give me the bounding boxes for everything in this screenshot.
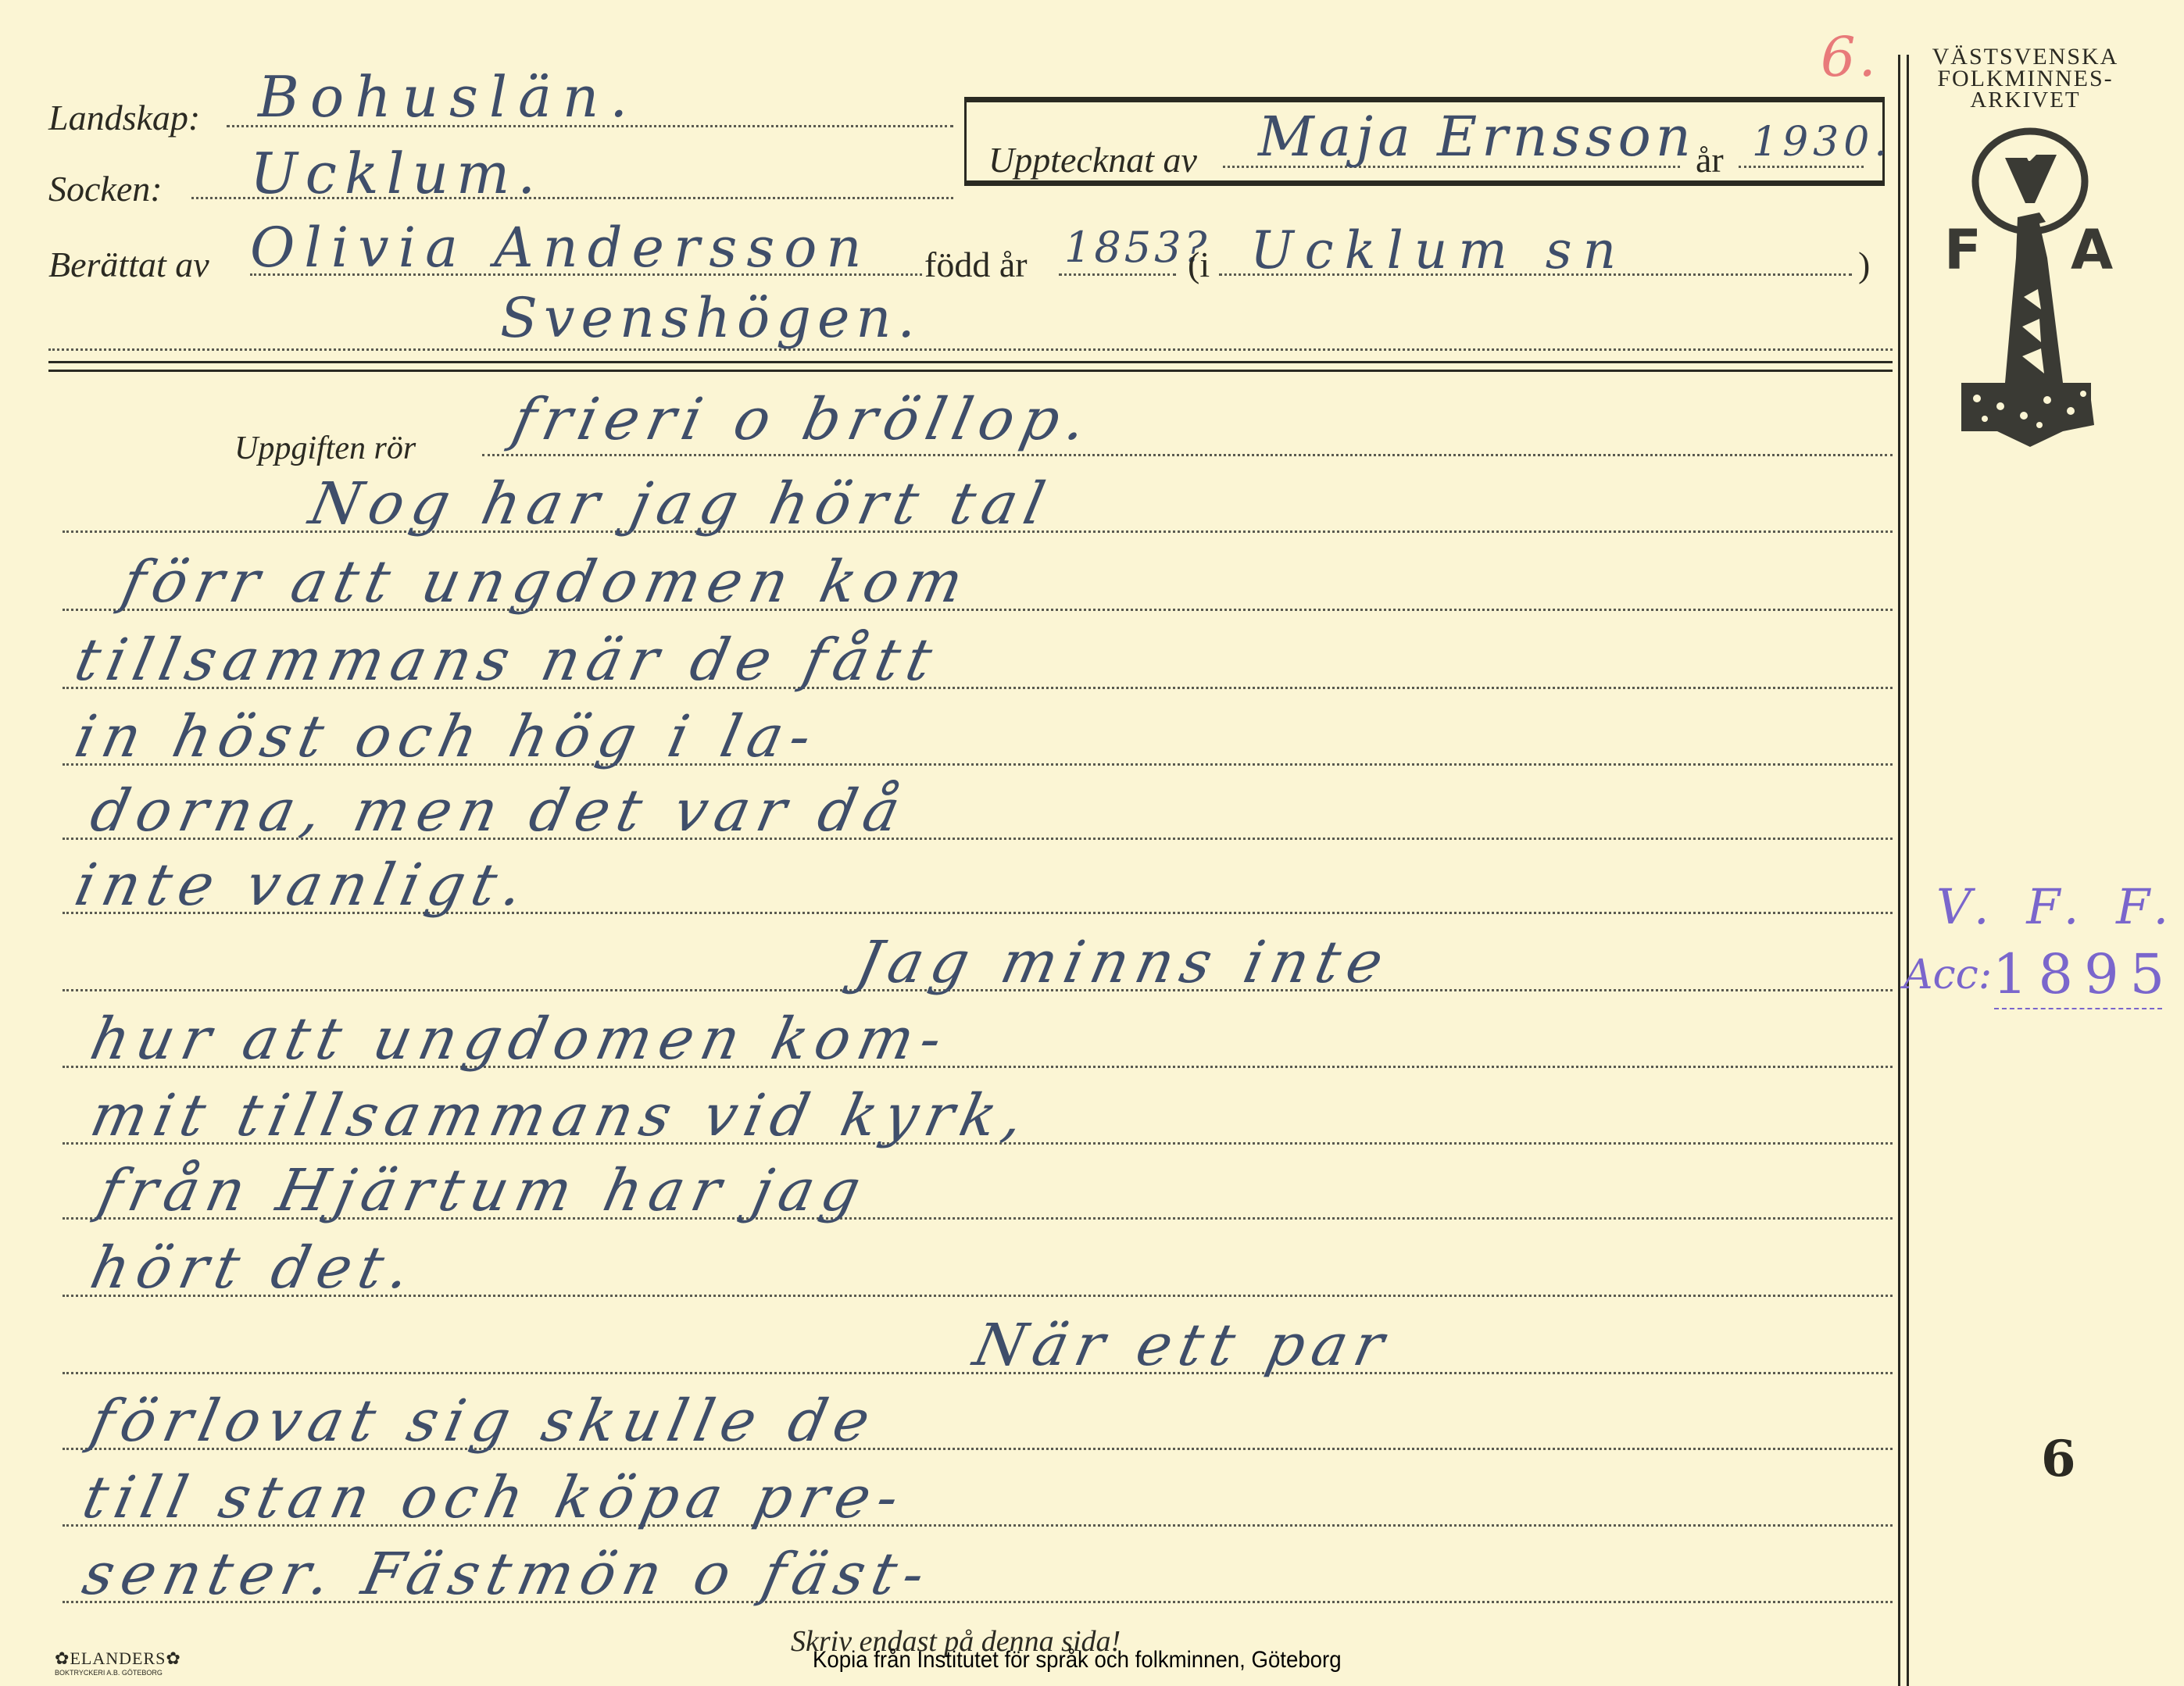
thors-hammer-icon — [1930, 125, 2133, 469]
upptecknat-label: Upptecknat av — [988, 142, 1197, 178]
body-line-15: senter. Fästmön o fäst- — [78, 1545, 937, 1603]
berattat-value: Olivia Andersson — [250, 220, 871, 275]
margin-rule-left — [1898, 55, 1900, 1686]
berattat-label: Berättat av — [48, 247, 209, 283]
socken-label: Socken: — [48, 171, 163, 207]
fodd-dotted-line — [1059, 273, 1176, 276]
logo-letter-a: A — [2071, 223, 2113, 277]
landskap-label: Landskap: — [48, 100, 200, 136]
page-number: 6 — [2041, 1430, 2076, 1488]
upptecknat-year-dotted-line — [1739, 166, 1864, 168]
body-line-5: dorna, men det var då — [86, 782, 913, 840]
printer-name: ELANDERS — [70, 1648, 166, 1668]
stamp-acc-number: 1895 — [1993, 947, 2175, 1002]
upptecknat-value: Maja Ernsson — [1258, 109, 1696, 164]
header-rule-bottom — [48, 370, 1893, 372]
fodd-place-suffix: ) — [1858, 247, 1870, 283]
berattat-value-line2: Svenshögen. — [500, 291, 921, 345]
stamp-underline — [1994, 1008, 2162, 1009]
upptecknat-year-value: 1930. — [1752, 122, 1892, 163]
red-page-mark: 6. — [1821, 30, 1879, 84]
socken-value: Ucklum. — [250, 145, 543, 202]
body-line-8: hur att ungdomen kom- — [86, 1010, 954, 1068]
body-line-10: från Hjärtum har jag — [94, 1162, 873, 1220]
body-line-4: in höst och hög i la- — [70, 708, 824, 766]
fodd-place-prefix: (i — [1188, 247, 1210, 283]
archive-name-line-3: ARKIVET — [1924, 89, 2127, 112]
body-line-6: inte vanligt. — [70, 856, 536, 914]
body-line-3: tillsammans när de fått — [70, 631, 945, 689]
stamp-vff: V. F. F. — [1936, 883, 2179, 931]
header-rule-top — [48, 361, 1893, 363]
body-line-2: förr att ungdomen kom — [117, 553, 975, 611]
body-line-13: förlovat sig skulle de — [86, 1392, 882, 1450]
body-line-11: hört det. — [86, 1239, 423, 1297]
stamp-acc-label: Acc: — [1903, 955, 1992, 995]
body-line-9: mit tillsammans vid kyrk, — [86, 1087, 1036, 1145]
landskap-value: Bohuslän. — [258, 69, 638, 125]
body-line-1: Nog har jag hört tal — [305, 475, 1057, 533]
fodd-place-value: Ucklum sn — [1250, 225, 1627, 277]
logo-letter-f: F — [1944, 223, 1982, 277]
copy-notice: Kopia från Institutet för språk och folk… — [813, 1648, 1342, 1672]
fodd-label: född år — [924, 247, 1028, 283]
upptecknat-year-label: år — [1696, 142, 1724, 178]
printer-logo: ✿ELANDERS✿ BOKTRYCKERI A.B. GÖTEBORG — [55, 1648, 181, 1677]
printer-sub: BOKTRYCKERI A.B. GÖTEBORG — [55, 1669, 181, 1677]
body-line-7: Jag minns inte — [852, 934, 1396, 991]
body-line-14: till stan och köpa pre- — [78, 1469, 911, 1527]
subject-value: frieri o bröllop. — [508, 391, 1099, 448]
subject-label: Uppgiften rör — [234, 432, 416, 465]
margin-rule-right — [1907, 55, 1909, 1686]
printer-ornament-icon: ✿ — [55, 1648, 70, 1668]
header-dotted-line — [48, 348, 1893, 351]
subject-dotted-line — [482, 454, 1893, 456]
printer-ornament-icon: ✿ — [166, 1648, 181, 1668]
body-line-12: När ett par — [969, 1316, 1396, 1374]
